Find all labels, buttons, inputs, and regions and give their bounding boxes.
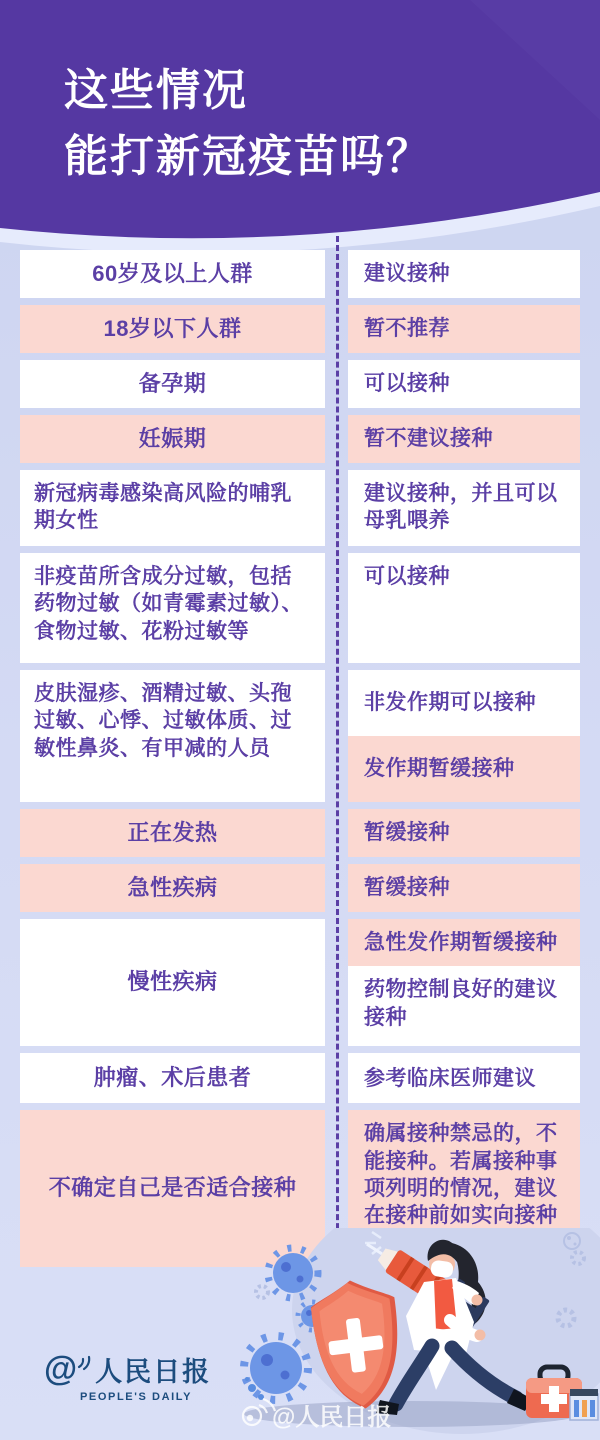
condition-cell: 皮肤湿疹、酒精过敏、头孢过敏、心悸、过敏体质、过敏性鼻炎、有甲减的人员 — [20, 670, 325, 802]
page-title-line1: 这些情况 — [64, 58, 432, 124]
condition-text: 60岁及以上人群 — [92, 260, 252, 289]
condition-cell: 慢性疾病 — [20, 919, 325, 1046]
infographic-page: 这些情况 能打新冠疫苗吗？ 60岁及以上人群 建议接种 18岁以下人群 暂不推荐… — [0, 0, 600, 1440]
advice-cell: 暂缓接种 — [348, 864, 580, 912]
sound-waves-icon — [77, 1355, 91, 1371]
table-row: 肿瘤、术后患者 参考临床医师建议 — [20, 1053, 580, 1103]
condition-text: 肿瘤、术后患者 — [94, 1064, 252, 1093]
advice-cell: 参考临床医师建议 — [348, 1053, 580, 1103]
advice-cell: 可以接种 — [348, 360, 580, 408]
advice-cell: 药物控制良好的建议接种 — [348, 966, 580, 1046]
condition-cell: 60岁及以上人群 — [20, 250, 325, 298]
advice-text: 药物控制良好的建议接种 — [364, 976, 574, 1031]
table-row: 18岁以下人群 暂不推荐 — [20, 305, 580, 353]
advice-cell: 可以接种 — [348, 553, 580, 663]
vaccine-table: 60岁及以上人群 建议接种 18岁以下人群 暂不推荐 备孕期 可以接种 妊娠期 … — [20, 250, 580, 1274]
condition-cell: 备孕期 — [20, 360, 325, 408]
footer-illustration: @人民日报 — [0, 1228, 600, 1440]
watermark-text: @人民日报 — [272, 1403, 391, 1431]
condition-cell: 急性疾病 — [20, 864, 325, 912]
condition-text: 新冠病毒感染高风险的哺乳期女性 — [34, 480, 313, 535]
condition-text: 不确定自己是否适合接种 — [49, 1174, 297, 1203]
page-title: 这些情况 能打新冠疫苗吗？ — [64, 58, 432, 190]
advice-text: 暂不建议接种 — [364, 425, 493, 452]
advice-text: 暂缓接种 — [364, 819, 450, 846]
condition-text: 急性疾病 — [127, 874, 217, 903]
advice-text: 参考临床医师建议 — [364, 1065, 536, 1092]
advice-cell: 发作期暂缓接种 — [348, 736, 580, 802]
table-row: 妊娠期 暂不建议接种 — [20, 415, 580, 463]
condition-cell: 妊娠期 — [20, 415, 325, 463]
condition-cell: 新冠病毒感染高风险的哺乳期女性 — [20, 470, 325, 546]
advice-text: 建议接种，并且可以母乳喂养 — [364, 480, 574, 535]
advice-text: 急性发作期暂缓接种 — [364, 929, 558, 956]
table-row: 急性疾病 暂缓接种 — [20, 864, 580, 912]
table-row: 备孕期 可以接种 — [20, 360, 580, 408]
at-megaphone-icon: @ — [44, 1350, 77, 1389]
advice-text: 发作期暂缓接种 — [364, 755, 515, 782]
virus-icon — [244, 1336, 308, 1400]
condition-text: 慢性疾病 — [127, 968, 217, 997]
advice-cell: 建议接种 — [348, 250, 580, 298]
condition-cell: 肿瘤、术后患者 — [20, 1053, 325, 1103]
table-row: 慢性疾病 急性发作期暂缓接种 药物控制良好的建议接种 — [20, 919, 580, 1046]
table-row: 新冠病毒感染高风险的哺乳期女性 建议接种，并且可以母乳喂养 — [20, 470, 580, 546]
advice-text: 可以接种 — [364, 370, 450, 397]
advice-cell: 暂不推荐 — [348, 305, 580, 353]
logo-subtext: PEOPLE'S DAILY — [80, 1391, 211, 1403]
condition-text: 正在发热 — [127, 819, 217, 848]
condition-cell: 18岁以下人群 — [20, 305, 325, 353]
advice-text: 建议接种 — [364, 260, 450, 287]
table-row: 60岁及以上人群 建议接种 — [20, 250, 580, 298]
advice-text: 暂不推荐 — [364, 315, 450, 342]
condition-cell: 正在发热 — [20, 809, 325, 857]
logo-name: 人民日报 — [95, 1350, 211, 1389]
page-title-line2: 能打新冠疫苗吗？ — [64, 124, 432, 190]
medicine-box-icon — [570, 1389, 598, 1420]
advice-text: 可以接种 — [364, 563, 450, 590]
advice-text: 暂缓接种 — [364, 874, 450, 901]
advice-cell: 暂不建议接种 — [348, 415, 580, 463]
condition-cell: 非疫苗所含成分过敏，包括药物过敏（如青霉素过敏）、食物过敏、花粉过敏等 — [20, 553, 325, 663]
condition-text: 非疫苗所含成分过敏，包括药物过敏（如青霉素过敏）、食物过敏、花粉过敏等 — [34, 563, 313, 645]
condition-text: 18岁以下人群 — [104, 315, 242, 344]
advice-cell: 非发作期可以接种 — [348, 670, 580, 736]
condition-text: 备孕期 — [139, 370, 207, 399]
table-row: 皮肤湿疹、酒精过敏、头孢过敏、心悸、过敏体质、过敏性鼻炎、有甲减的人员 非发作期… — [20, 670, 580, 802]
advice-cell: 建议接种，并且可以母乳喂养 — [348, 470, 580, 546]
condition-text: 妊娠期 — [139, 425, 207, 454]
table-row: 非疫苗所含成分过敏，包括药物过敏（如青霉素过敏）、食物过敏、花粉过敏等 可以接种 — [20, 553, 580, 663]
advice-cell: 急性发作期暂缓接种 — [348, 919, 580, 966]
advice-cell: 暂缓接种 — [348, 809, 580, 857]
advice-text: 非发作期可以接种 — [364, 689, 536, 716]
condition-text: 皮肤湿疹、酒精过敏、头孢过敏、心悸、过敏体质、过敏性鼻炎、有甲减的人员 — [34, 680, 313, 762]
peoples-daily-logo: @ 人民日报 PEOPLE'S DAILY — [44, 1350, 211, 1403]
table-row: 正在发热 暂缓接种 — [20, 809, 580, 857]
